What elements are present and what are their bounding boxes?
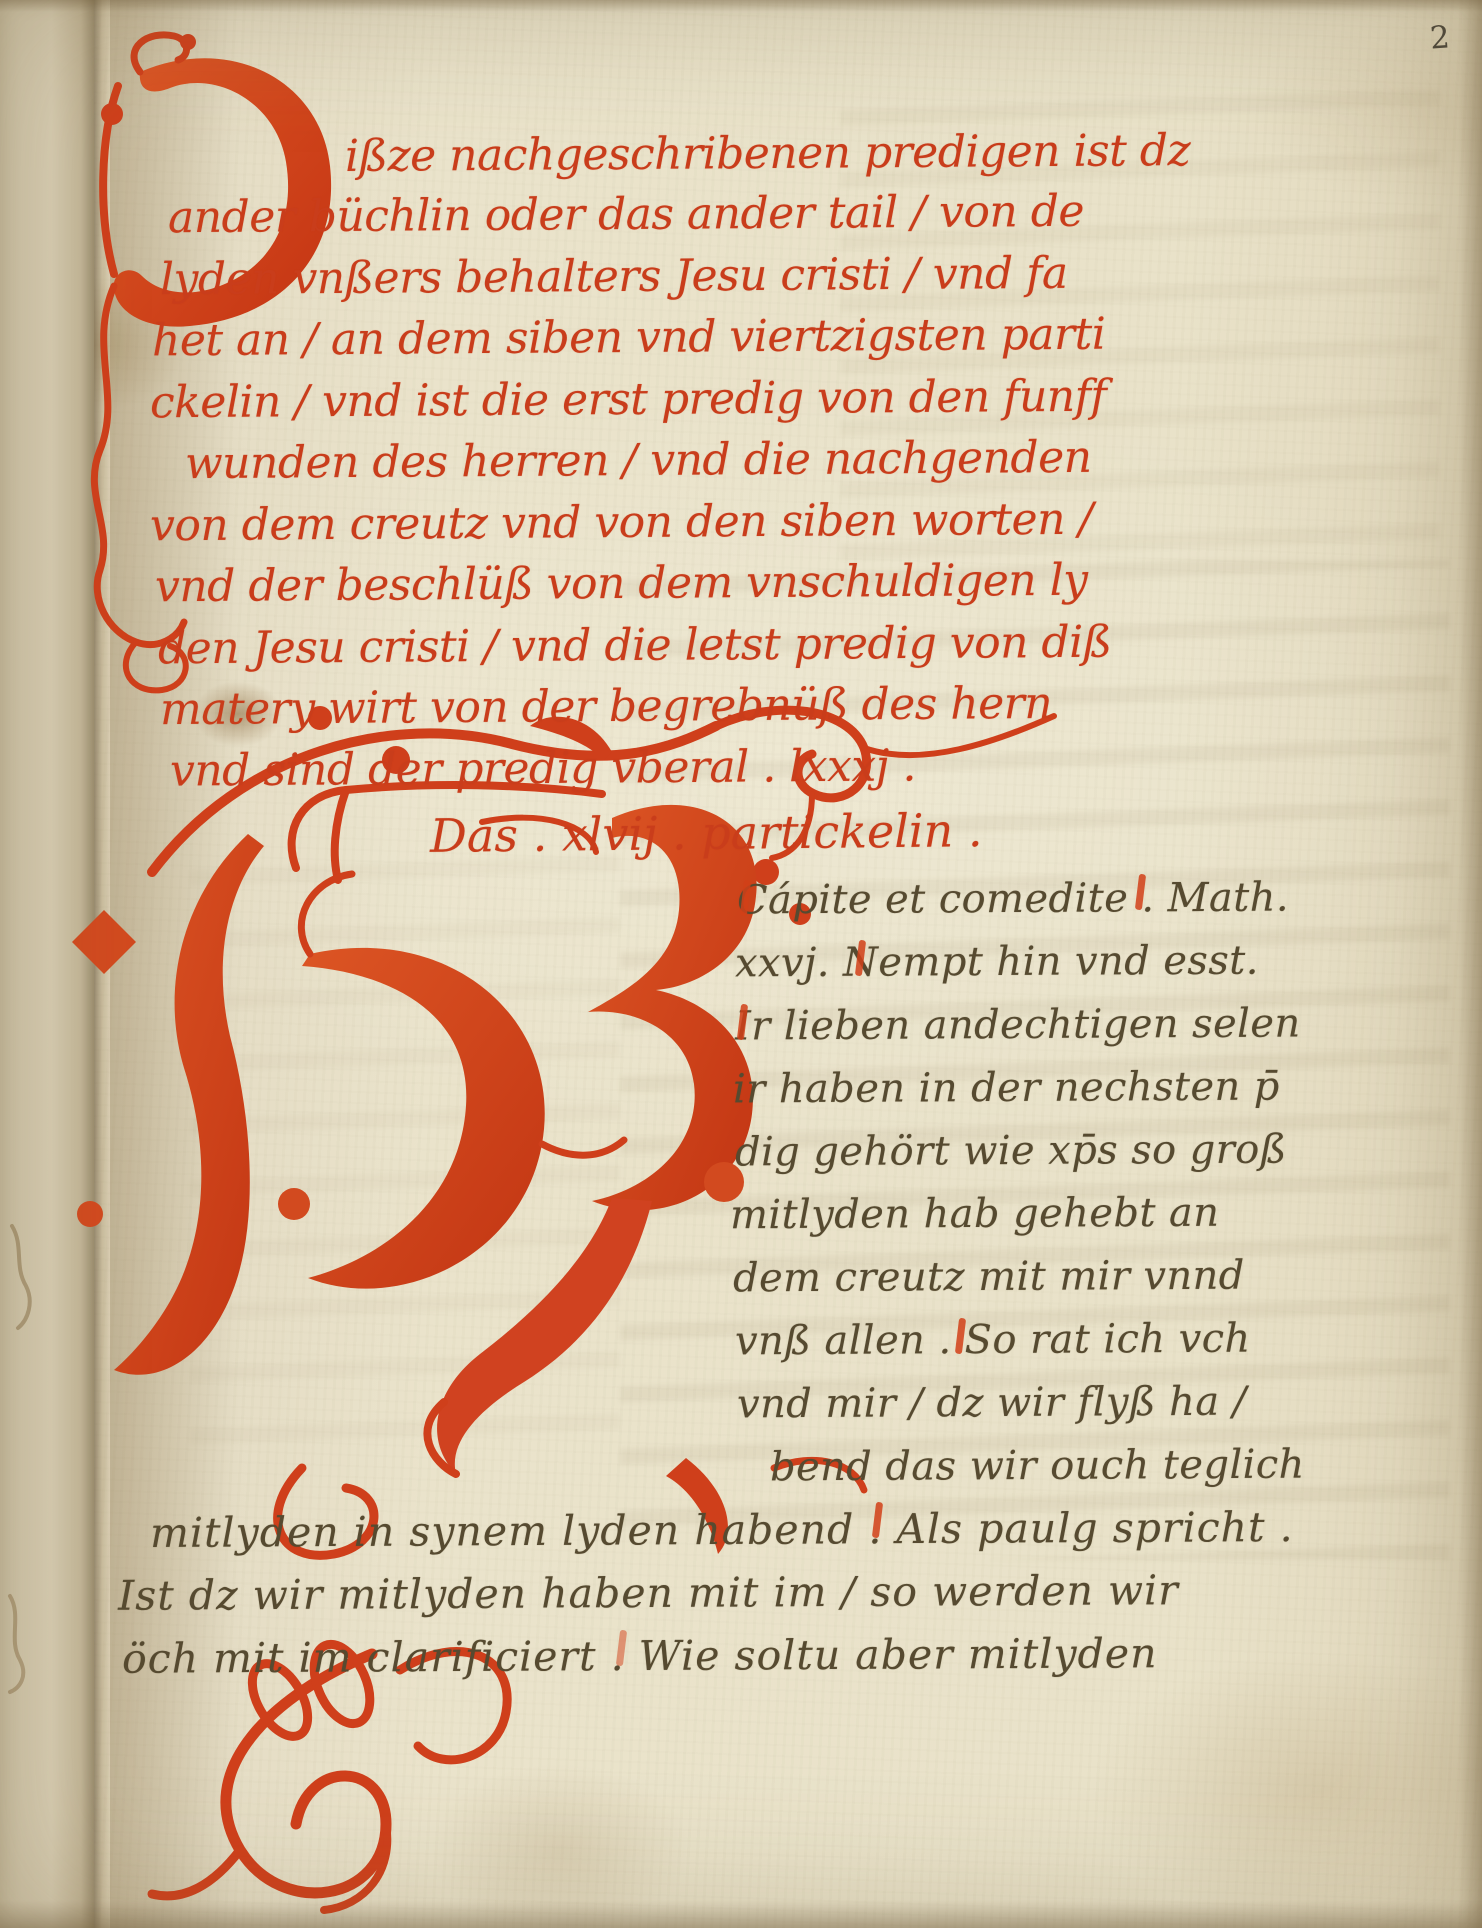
rubric-line: lyden vnßers behalters Jesu cristi / vnd… — [160, 248, 1068, 305]
body-line: mitlyden hab gehebt an — [730, 1190, 1220, 1239]
body-line: bend das wir ouch teglich — [770, 1442, 1305, 1491]
rubric-line: den Jesu cristi / vnd die letst predig v… — [158, 617, 1112, 675]
page-edge-top — [0, 0, 1482, 12]
chapter-heading: Das . xlvij . partickelin . — [430, 803, 983, 863]
marginalia-trace — [4, 1216, 50, 1336]
rubric-line: wunden des herren / vnd die nachgenden — [185, 432, 1092, 489]
folio-number: 2 — [1429, 19, 1451, 56]
rubric-line: matery wirt von der begrebnüß des hern — [160, 678, 1052, 735]
body-line: öch mit im clarificiert . Wie soltu aber… — [122, 1629, 1158, 1682]
body-line: ir haben in der nechsten p̄ — [733, 1064, 1280, 1113]
rubric-line: von dem creutz vnd von den siben worten … — [150, 494, 1093, 552]
rubric-line: ander büchlin oder das ander tail / von … — [168, 186, 1084, 243]
body-line: mitlyden in synem lyden habend . Als pau… — [150, 1503, 1294, 1557]
body-line: Cápite et comedite . Math. — [737, 875, 1289, 924]
body-line: vnß allen . So rat ich vch — [735, 1316, 1251, 1365]
initial-letter-n: N — [0, 0, 1, 1]
rubric-line: het an / an dem siben vnd viertzigsten p… — [152, 309, 1106, 367]
rubric-line: ckelin / vnd ist die erst predig von den… — [150, 371, 1107, 429]
body-line: Ir lieben andechtigen selen — [735, 1001, 1301, 1050]
body-line: dig gehört wie xp̄s so groß — [735, 1127, 1287, 1176]
rubric-line: vnd der beschlüß von dem vnschuldigen ly — [155, 555, 1088, 613]
manuscript-page: 2 D ißze nachgeschribenen predigen ist d… — [0, 0, 1482, 1928]
rubric-line: vnd sind der predig vberal . lxxxj . — [170, 740, 916, 796]
body-line: vnd mir / dz wir flyß ha / — [737, 1379, 1247, 1428]
body-line: xxvj. Nempt hin vnd esst. — [735, 938, 1259, 987]
page-edge-right — [1458, 0, 1482, 1928]
body-line: dem creutz mit mir vnnd — [733, 1253, 1245, 1302]
body-line: Ist dz wir mitlyden haben mit im / so we… — [118, 1566, 1179, 1620]
rubric-line: ißze nachgeschribenen predigen ist dz — [345, 125, 1191, 182]
